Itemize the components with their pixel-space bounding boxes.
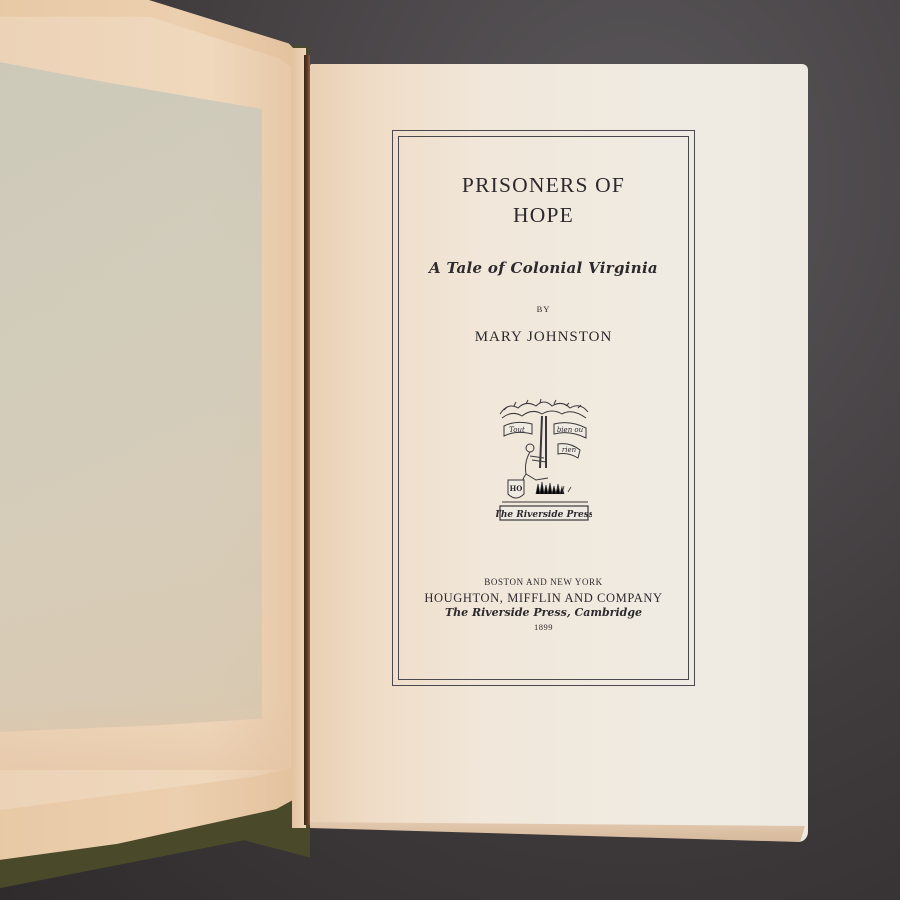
title-line-2: HOPE bbox=[398, 200, 689, 230]
byline: BY bbox=[398, 304, 689, 314]
svg-text:Tout: Tout bbox=[509, 426, 525, 434]
book-title: PRISONERS OF HOPE bbox=[398, 170, 689, 230]
book-photo: PRISONERS OF HOPE A Tale of Colonial Vir… bbox=[0, 0, 900, 900]
riverside-press-colophon-icon: Tout bien ou rien HO bbox=[496, 398, 592, 524]
frontispiece-plate bbox=[0, 62, 262, 732]
press-name: The Riverside Press, Cambridge bbox=[398, 606, 689, 619]
book-subtitle: A Tale of Colonial Virginia bbox=[398, 259, 689, 277]
svg-text:bien ou: bien ou bbox=[557, 426, 584, 434]
publication-year: 1899 bbox=[398, 622, 689, 632]
book-gutter bbox=[304, 55, 310, 825]
publisher-name: HOUGHTON, MIFFLIN AND COMPANY bbox=[398, 591, 689, 606]
svg-text:HO: HO bbox=[510, 484, 523, 493]
svg-text:The Riverside Press: The Riverside Press bbox=[496, 510, 592, 520]
imprint-location: BOSTON AND NEW YORK bbox=[398, 577, 689, 587]
author-name: MARY JOHNSTON bbox=[398, 329, 689, 346]
tissue-fold bbox=[0, 700, 290, 770]
title-line-1: PRISONERS OF bbox=[398, 170, 689, 200]
svg-text:rien: rien bbox=[562, 446, 577, 454]
